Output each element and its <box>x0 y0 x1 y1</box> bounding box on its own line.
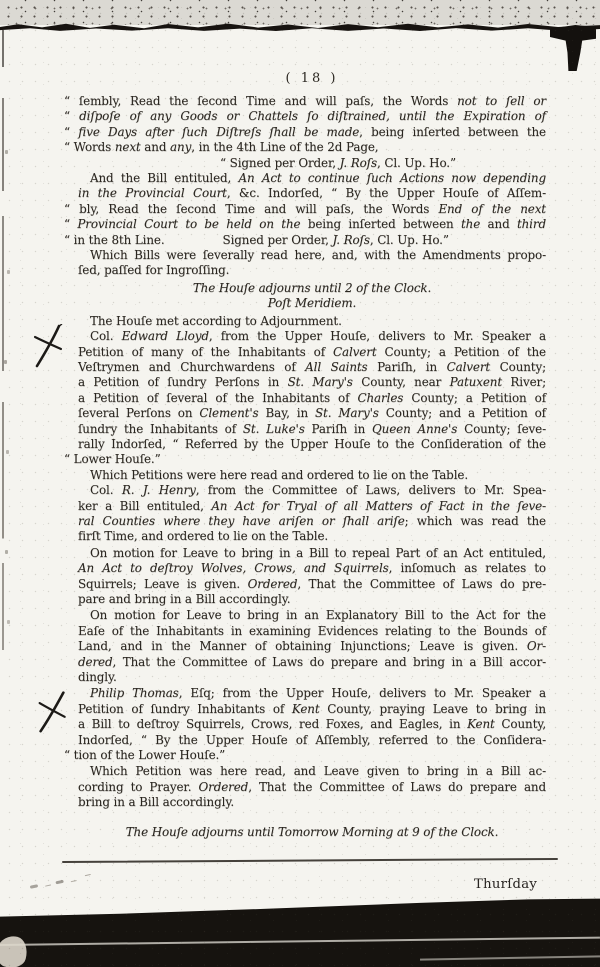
text-line-37: dered, That the Committee of Laws do pre… <box>78 655 546 670</box>
text-line-40: Petition of ſundry Inhabitants of Kent C… <box>78 702 546 717</box>
text-line-33: pare and bring in a Bill accordingly. <box>78 592 546 607</box>
text-line-30: On motion for Leave to bring in a Bill t… <box>90 546 546 561</box>
text-line-21: ſeveral Perſons on Clement's Bay, in St.… <box>78 406 546 421</box>
scan-top-edge <box>0 0 600 25</box>
text-line-3: “ five Days after ſuch Diſtreſs ſhall be… <box>78 125 546 140</box>
text-line-26: Col. R. J. Henry, from the Committee of … <box>90 483 546 498</box>
text-line-27: ker a Bill entituled, An Act for Tryal o… <box>78 499 546 514</box>
catchword: Thurſday <box>474 877 537 892</box>
text-line-41: a Bill to deſtroy Squirrels, Crows, red … <box>78 717 546 732</box>
text-line-11: Which Bills were ſeverally read here, an… <box>90 248 546 263</box>
text-line-28: ral Counties where they have ariſen or ſ… <box>78 514 546 529</box>
text-line-34: On motion for Leave to bring in an Expla… <box>90 608 546 623</box>
text-line-15: The Houſe met according to Adjournment. <box>90 314 546 329</box>
text-line-31: An Act to deſtroy Wolves, Crows, and Squ… <box>78 561 546 576</box>
text-line-22: ſundry the Inhabitants of St. Luke's Par… <box>78 422 546 437</box>
text-line-42: Indorſed, “ By the Upper Houſe of Aſſemb… <box>78 733 546 748</box>
page-number: ( 18 ) <box>78 71 546 86</box>
text-line-20: a Petition of ſeveral of the Inhabitants… <box>78 391 546 406</box>
text-line-6: And the Bill entituled, An Act to contin… <box>90 171 546 186</box>
text-line-23: rally Indorſed, “ Referred by the Upper … <box>78 437 546 452</box>
text-line-45: cording to Prayer. Ordered, That the Com… <box>78 780 546 795</box>
text-line-18: Veſtrymen and Churchwardens of All Saint… <box>78 360 546 375</box>
scanned-page: ( 18 ) “ ſembly, Read the ſecond Time an… <box>0 0 600 967</box>
text-line-38: dingly. <box>78 670 546 685</box>
text-flow: “ ſembly, Read the ſecond Time and will … <box>78 94 546 840</box>
footer-rule <box>62 858 558 863</box>
text-line-39: Philip Thomas, Eſq; from the Upper Houſe… <box>90 686 546 701</box>
handwritten-cross-mark-2 <box>35 689 72 735</box>
text-line-9: “ Provincial Court to be held on the bei… <box>78 217 546 232</box>
text-line-24: “ Lower Houſe.” <box>78 452 546 467</box>
text-line-10: “ in the 8th Line.Signed per Order, J. R… <box>78 233 546 248</box>
text-line-36: Land, and in the Manner of obtaining Inj… <box>78 639 546 654</box>
text-line-25: Which Petitions were here read and order… <box>90 468 546 483</box>
text-line-35: Eaſe of the Inhabitants in examining Evi… <box>78 624 546 639</box>
text-line-46: bring in a Bill accordingly. <box>78 795 546 810</box>
handwritten-cross-mark-1 <box>31 324 65 368</box>
text-line-32: Squirrels; Leave is given. Ordered, That… <box>78 577 546 592</box>
text-line-47: The Houſe adjourns until Tomorrow Mornin… <box>78 825 546 840</box>
margin-ink-line <box>2 30 4 650</box>
text-line-14: Poſt Meridiem. <box>78 296 546 311</box>
scan-ink-blob <box>550 25 596 71</box>
text-line-19: a Petition of ſundry Perſons in St. Mary… <box>78 375 546 390</box>
text-line-44: Which Petition was here read, and Leave … <box>90 764 546 779</box>
text-line-5: “ Signed per Order, J. Roſs, Cl. Up. Ho.… <box>220 156 546 171</box>
ink-smudge <box>30 884 38 889</box>
text-line-7: in the Provincial Court, &c. Indorſed, “… <box>78 186 546 201</box>
text-line-12: ſed, paſſed for Ingroſſing. <box>78 263 546 278</box>
text-line-17: Petition of many of the Inhabitants of C… <box>78 345 546 360</box>
text-line-43: “ tion of the Lower Houſe.” <box>78 748 546 763</box>
margin-specks <box>5 150 8 154</box>
text-line-29: firſt Time, and ordered to lie on the Ta… <box>78 529 546 544</box>
text-line-4: “ Words next and any, in the 4th Line of… <box>78 140 546 155</box>
text-line-2: “ diſpoſe of any Goods or Chattels ſo di… <box>78 109 546 124</box>
text-line-13: The Houſe adjourns until 2 of the Clock. <box>78 281 546 296</box>
text-line-1: “ ſembly, Read the ſecond Time and will … <box>78 94 546 109</box>
text-line-16: Col. Edward Lloyd, from the Upper Houſe,… <box>90 329 546 344</box>
text-line-8: “ bly, Read the ſecond Time and will paſ… <box>78 202 546 217</box>
